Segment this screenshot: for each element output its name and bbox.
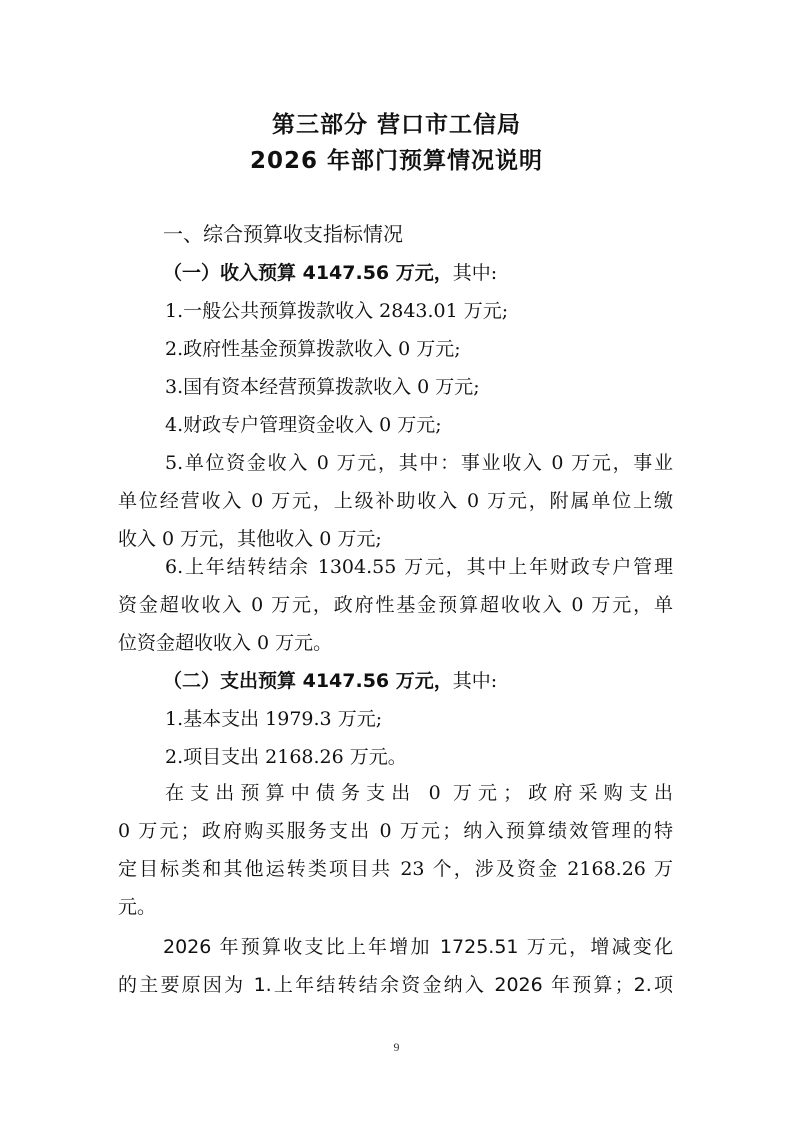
expense-item: 2.项目支出 2168.26 万元。 (165, 742, 407, 769)
expense-note-line: 0 万元；政府购买服务支出 0 万元；纳入预算绩效管理的特 (118, 816, 673, 843)
expense-note-line: 定目标类和其他运转类项目共 23 个，涉及资金 2168.26 万 (118, 854, 673, 881)
income-item-6-line: 6.上年结转结余 1304.55 万元，其中上年财政专户管理 (165, 552, 673, 579)
income-item: 1.一般公共预算拨款收入 2843.01 万元; (165, 296, 508, 323)
income-item: 3.国有资本经营预算拨款收入 0 万元; (165, 372, 480, 399)
income-item-5-line: 收入 0 万元，其他收入 0 万元; (118, 524, 382, 551)
document-page: 第三部分 营口市工信局 2026 年部门预算情况说明 一、综合预算收支指标情况 … (0, 0, 793, 1122)
income-item: 2.政府性基金预算拨款收入 0 万元; (165, 334, 461, 361)
income-item-5-line: 5.单位资金收入 0 万元，其中：事业收入 0 万元，事业 (165, 448, 673, 475)
expense-note-line: 在支出预算中债务支出 0 万元；政府采购支出 (165, 778, 673, 805)
expense-heading-rest: 其中: (453, 670, 497, 692)
summary-line: 2026 年预算收支比上年增加 1725.51 万元，增减变化 (163, 932, 673, 959)
income-item-5-line: 单位经营收入 0 万元，上级补助收入 0 万元，附属单位上缴 (118, 486, 673, 513)
income-item: 4.财政专户管理资金收入 0 万元; (165, 410, 442, 437)
expense-note-line: 元。 (118, 892, 156, 919)
income-heading-rest: 其中: (453, 262, 497, 284)
income-item-6-line: 位资金超收收入 0 万元。 (118, 628, 332, 655)
expense-heading-bold: （二）支出预算 4147.56 万元， (163, 670, 453, 692)
section-heading: 一、综合预算收支指标情况 (163, 218, 403, 247)
expense-heading: （二）支出预算 4147.56 万元，其中: (163, 666, 497, 693)
document-title: 第三部分 营口市工信局 (0, 106, 793, 139)
income-heading-bold: （一）收入预算 4147.56 万元， (163, 262, 453, 284)
income-heading: （一）收入预算 4147.56 万元，其中: (163, 258, 497, 285)
expense-item: 1.基本支出 1979.3 万元; (165, 704, 382, 731)
summary-line: 的主要原因为 1.上年结转结余资金纳入 2026 年预算；2.项 (118, 970, 673, 997)
document-subtitle: 2026 年部门预算情况说明 (0, 142, 793, 175)
page-number: 9 (0, 1040, 793, 1055)
income-item-6-line: 资金超收收入 0 万元，政府性基金预算超收收入 0 万元，单 (118, 590, 673, 617)
